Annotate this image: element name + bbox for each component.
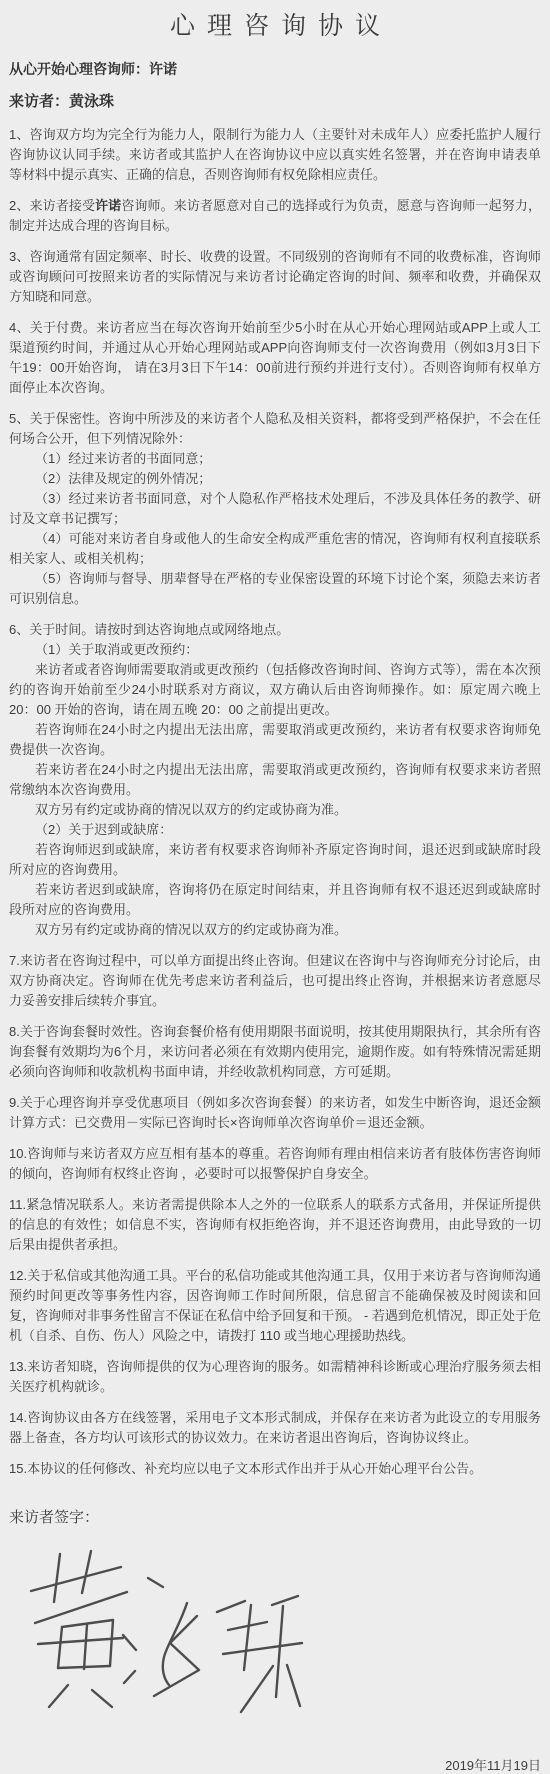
clause-6-item-8: 若来访者迟到或缺席，咨询将仍在原定时间结束，并且咨询师有权不退还迟到或缺席时段所… bbox=[9, 880, 541, 920]
clause-6-item-6: （2）关于迟到或缺席： bbox=[9, 820, 541, 840]
clause-14: 14.咨询协议由各方在线签署，采用电子文本形式制成，并保存在来访者为此设立的专用… bbox=[9, 1408, 541, 1448]
agreement-body: 1、咨询双方均为完全行为能力人，限制行为能力人（主要针对未成年人）应委托监护人履… bbox=[9, 125, 541, 1479]
clause-9: 9.关于心理咨询并享受优惠项目（例如多次咨询套餐）的来访者，如发生中断咨询，退还… bbox=[9, 1093, 541, 1133]
clause-5-item-3: （3）经过来访者书面同意，对个人隐私作严格技术处理后，不涉及具体任务的教学、研讨… bbox=[9, 489, 541, 529]
clause-6-item-7: 若咨询师迟到或缺席，来访者有权要求咨询师补齐原定咨询时间，退还迟到或缺席时段所对… bbox=[9, 840, 541, 880]
clause-8: 8.关于咨询套餐时效性。咨询套餐价格有使用期限书面说明，按其使用期限执行，其余所… bbox=[9, 1022, 541, 1082]
clause-6-item-5: 双方另有约定或协商的情况以双方的约定或协商为准。 bbox=[9, 800, 541, 820]
clause-2-pre: 2、来访者接受 bbox=[9, 198, 95, 213]
clause-2: 2、来访者接受许诺咨询师。来访者愿意对自己的选择或行为负责，愿意与咨询师一起努力… bbox=[9, 196, 541, 236]
agreement-document: 心理咨询协议 从心开始心理咨询师：许诺 来访者：黄泳珠 1、咨询双方均为完全行为… bbox=[0, 0, 550, 1774]
visitor-signature-drawing bbox=[10, 1539, 310, 1729]
clause-3: 3、咨询通常有固定频率、时长、收费的设置。不同级别的咨询师有不同的收费标准，咨询… bbox=[9, 247, 541, 307]
page-title: 心理咨询协议 bbox=[9, 6, 541, 42]
clause-15: 15.本协议的任何修改、补充均应以电子文本形式作出并于从心开始心理平台公告。 bbox=[9, 1459, 541, 1479]
clause-6-item-1: （1）关于取消或更改预约： bbox=[9, 640, 541, 660]
signature-date: 2019年11月19日 bbox=[9, 1755, 541, 1774]
clause-6-intro: 6、关于时间。请按时到达咨询地点或网络地点。 bbox=[9, 620, 541, 640]
clause-6-item-2: 来访者或者咨询师需要取消或更改预约（包括修改咨询时间、咨询方式等），需在本次预约… bbox=[9, 660, 541, 720]
clause-6-item-9: 双方另有约定或协商的情况以双方的约定或协商为准。 bbox=[9, 920, 541, 940]
clause-6-item-4: 若来访者在24小时之内提出无法出席，需要取消或更改预约，咨询师有权要求来访者照常… bbox=[9, 760, 541, 800]
visitor-signature-label: 来访者签字： bbox=[9, 1506, 541, 1527]
counselor-line: 从心开始心理咨询师：许诺 bbox=[9, 59, 541, 79]
clause-13: 13.来访者知晓，咨询师提供的仅为心理咨询的服务。如需精神科诊断或心理治疗服务须… bbox=[9, 1357, 541, 1397]
clause-4: 4、关于付费。来访者应当在每次咨询开始前至少5小时在从心开始心理网站或APP上或… bbox=[9, 318, 541, 398]
clause-5-intro: 5、关于保密性。咨询中所涉及的来访者个人隐私及相关资料，都将受到严格保护，不会在… bbox=[9, 409, 541, 449]
clause-12: 12.关于私信或其他沟通工具。平台的私信功能或其他沟通工具，仅用于来访者与咨询师… bbox=[9, 1266, 541, 1346]
visitor-line: 来访者：黄泳珠 bbox=[9, 90, 541, 111]
clause-6-item-3: 若咨询师在24小时之内提出无法出席，需要取消或更改预约，来访者有权要求咨询师免费… bbox=[9, 720, 541, 760]
clause-11: 11.紧急情况联系人。来访者需提供除本人之外的一位联系人的联系方式备用，并保证所… bbox=[9, 1195, 541, 1255]
clause-2-counselor-name: 许诺 bbox=[95, 198, 121, 213]
clause-1: 1、咨询双方均为完全行为能力人，限制行为能力人（主要针对未成年人）应委托监护人履… bbox=[9, 125, 541, 185]
clause-5-item-5: （5）咨询师与督导、朋辈督导在严格的专业保密设置的环境下讨论个案，须隐去来访者可… bbox=[9, 569, 541, 609]
clause-10: 10.咨询师与来访者双方应互相有基本的尊重。若咨询师有理由相信来访者有肢体伤害咨… bbox=[9, 1144, 541, 1184]
signature-strokes bbox=[31, 1551, 302, 1712]
visitor-signature bbox=[9, 1539, 541, 1729]
clause-5-item-2: （2）法律及规定的例外情况； bbox=[9, 469, 541, 489]
clause-5-item-4: （4）可能对来访者自身或他人的生命安全构成严重危害的情况，咨询师有权利直接联系相… bbox=[9, 529, 541, 569]
clause-7: 7.来访者在咨询过程中，可以单方面提出终止咨询。但建议在咨询中与咨询师充分讨论后… bbox=[9, 951, 541, 1011]
clause-5-item-1: （1）经过来访者的书面同意； bbox=[9, 449, 541, 469]
